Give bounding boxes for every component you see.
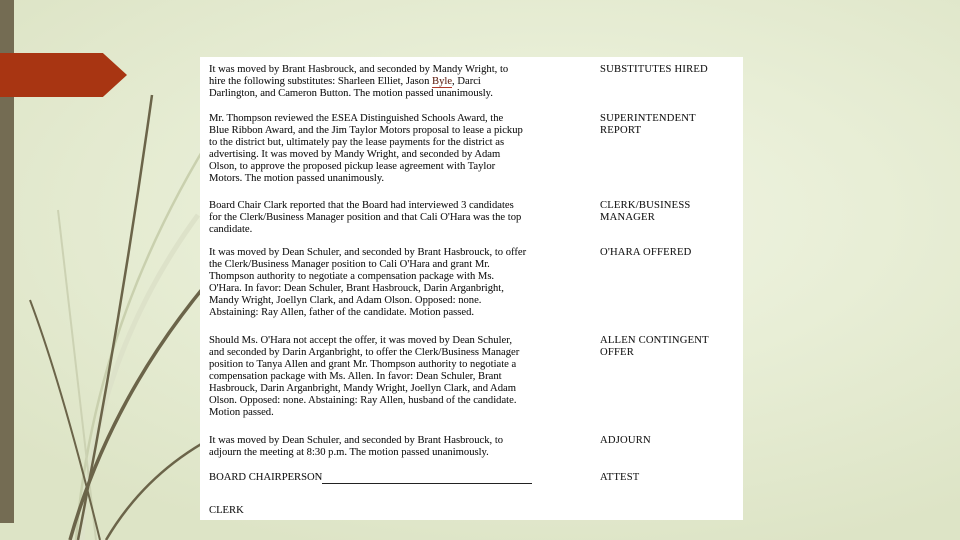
red-arrow-shape — [0, 53, 127, 97]
stem-curve — [78, 95, 152, 540]
stem-curve — [82, 215, 198, 540]
misspelled-word: Byle — [432, 76, 452, 88]
margin-heading-substitutes-hired: SUBSTITUTES HIRED — [600, 64, 740, 76]
margin-heading-allen-contingent-offer: ALLEN CONTINGENT OFFER — [600, 335, 740, 359]
presentation-slide: It was moved by Brant Hasbrouck, and sec… — [0, 0, 960, 540]
minutes-paragraph-substitutes: It was moved by Brant Hasbrouck, and sec… — [209, 64, 595, 100]
minutes-paragraph-superintendent-report: Mr. Thompson reviewed the ESEA Distingui… — [209, 113, 595, 185]
minutes-paragraph-allen-contingent-offer: Should Ms. O'Hara not accept the offer, … — [209, 335, 595, 419]
minutes-paragraph-adjourn: It was moved by Dean Schuler, and second… — [209, 435, 595, 459]
minutes-paragraph-ohara-offered: It was moved by Dean Schuler, and second… — [209, 247, 595, 319]
margin-heading-adjourn: ADJOURN — [600, 435, 740, 447]
stem-curve — [58, 210, 96, 540]
board-chairperson-label: BOARD CHAIRPERSON — [209, 472, 322, 484]
stem-curve — [30, 300, 100, 540]
margin-heading-clerk-business-manager: CLERK/BUSINESS MANAGER — [600, 200, 740, 224]
clerk-label: CLERK — [209, 505, 244, 517]
margin-heading-attest: ATTEST — [600, 472, 740, 484]
margin-heading-superintendent-report: SUPERINTENDENT REPORT — [600, 113, 740, 137]
minutes-document-page: It was moved by Brant Hasbrouck, and sec… — [200, 57, 743, 520]
margin-heading-ohara-offered: O'HARA OFFERED — [600, 247, 740, 259]
signature-blank-line — [322, 472, 532, 484]
signature-row: BOARD CHAIRPERSON — [209, 472, 595, 484]
minutes-paragraph-clerk-business-manager: Board Chair Clark reported that the Boar… — [209, 200, 595, 236]
